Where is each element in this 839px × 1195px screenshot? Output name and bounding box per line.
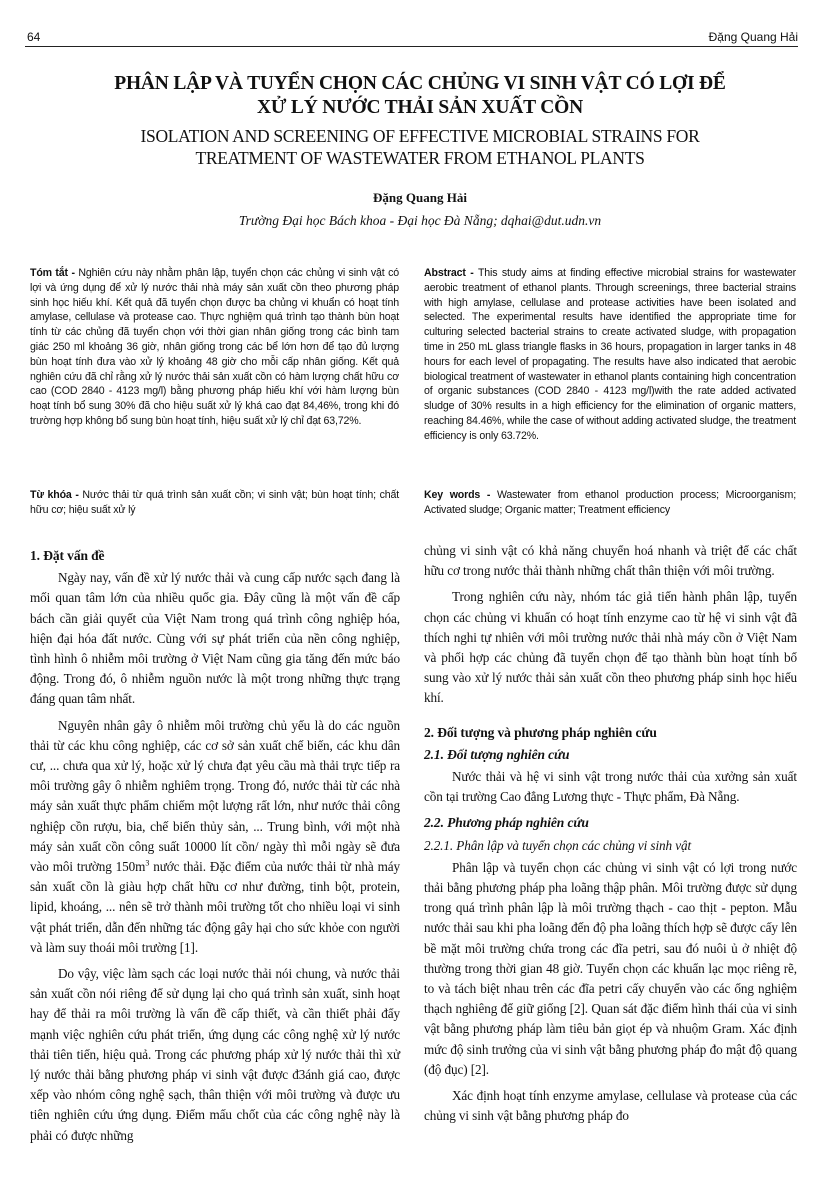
s1-p2-part-a: Nguyên nhân gây ô nhiễm môi trường chủ y… bbox=[30, 718, 400, 874]
abstract-vi-label: Tóm tắt - bbox=[30, 267, 75, 279]
section-1-paragraph-3-continued: chủng vi sinh vật có khả năng chuyển hoá… bbox=[424, 541, 797, 581]
section-2-2-1-paragraph-1: Phân lập và tuyển chọn các chủng vi sinh… bbox=[424, 858, 797, 1080]
keywords-en-label: Key words - bbox=[424, 489, 490, 501]
title-english: ISOLATION AND SCREENING OF EFFECTIVE MIC… bbox=[40, 125, 800, 169]
running-author: Đặng Quang Hải bbox=[709, 30, 798, 44]
section-2-2-heading: 2.2. Phương pháp nghiên cứu bbox=[424, 813, 797, 833]
body-column-left: 1. Đặt vấn đề Ngày nay, vấn đề xử lý nướ… bbox=[30, 546, 400, 1152]
abstract-en-label: Abstract - bbox=[424, 267, 474, 279]
page-number: 64 bbox=[27, 30, 40, 44]
section-1-paragraph-2: Nguyên nhân gây ô nhiễm môi trường chủ y… bbox=[30, 716, 400, 958]
author-affiliation: Trường Đại học Bách khoa - Đại học Đà Nẵ… bbox=[40, 213, 800, 229]
paper-page: 64 Đặng Quang Hải PHÂN LẬP VÀ TUYỂN CHỌN… bbox=[0, 0, 839, 1195]
abstract-english: Abstract - This study aims at finding ef… bbox=[424, 266, 796, 444]
section-2-2-1-heading: 2.2.1. Phân lập và tuyển chọn các chủng … bbox=[424, 836, 797, 856]
title-vietnamese: PHÂN LẬP VÀ TUYỂN CHỌN CÁC CHỦNG VI SINH… bbox=[40, 72, 800, 120]
abstract-vietnamese: Tóm tắt - Nghiên cứu này nhằm phân lập, … bbox=[30, 266, 399, 429]
spacer bbox=[424, 715, 797, 723]
title-en-line2: TREATMENT OF WASTEWATER FROM ETHANOL PLA… bbox=[40, 147, 800, 169]
title-vi-line1: PHÂN LẬP VÀ TUYỂN CHỌN CÁC CHỦNG VI SINH… bbox=[40, 72, 800, 96]
section-1-paragraph-3: Do vậy, việc làm sạch các loại nước thải… bbox=[30, 964, 400, 1146]
title-vi-line2: XỬ LÝ NƯỚC THẢI SẢN XUẤT CỒN bbox=[40, 96, 800, 120]
section-2-2-1-paragraph-2: Xác định hoạt tính enzyme amylase, cellu… bbox=[424, 1086, 797, 1126]
section-1-paragraph-4: Trong nghiên cứu này, nhóm tác giả tiến … bbox=[424, 587, 797, 708]
body-column-right: chủng vi sinh vật có khả năng chuyển hoá… bbox=[424, 541, 797, 1132]
keywords-english: Key words - Wastewater from ethanol prod… bbox=[424, 488, 796, 518]
section-2-1-heading: 2.1. Đối tượng nghiên cứu bbox=[424, 745, 797, 765]
abstract-en-text: This study aims at finding effective mic… bbox=[424, 267, 796, 442]
section-2-heading: 2. Đối tượng và phương pháp nghiên cứu bbox=[424, 723, 797, 743]
keywords-vietnamese: Từ khóa - Nước thải từ quá trình sản xuấ… bbox=[30, 488, 399, 518]
section-1-heading: 1. Đặt vấn đề bbox=[30, 546, 400, 566]
abstract-vi-text: Nghiên cứu này nhằm phân lập, tuyển chọn… bbox=[30, 267, 399, 427]
section-2-1-paragraph-1: Nước thải và hệ vi sinh vật trong nước t… bbox=[424, 767, 797, 807]
author-name: Đặng Quang Hải bbox=[40, 190, 800, 206]
title-en-line1: ISOLATION AND SCREENING OF EFFECTIVE MIC… bbox=[40, 125, 800, 147]
running-header: 64 Đặng Quang Hải bbox=[25, 29, 798, 47]
keywords-vi-label: Từ khóa - bbox=[30, 489, 79, 501]
keywords-vi-text: Nước thải từ quá trình sản xuất cồn; vi … bbox=[30, 489, 399, 516]
section-1-paragraph-1: Ngày nay, vấn đề xử lý nước thải và cung… bbox=[30, 568, 400, 709]
